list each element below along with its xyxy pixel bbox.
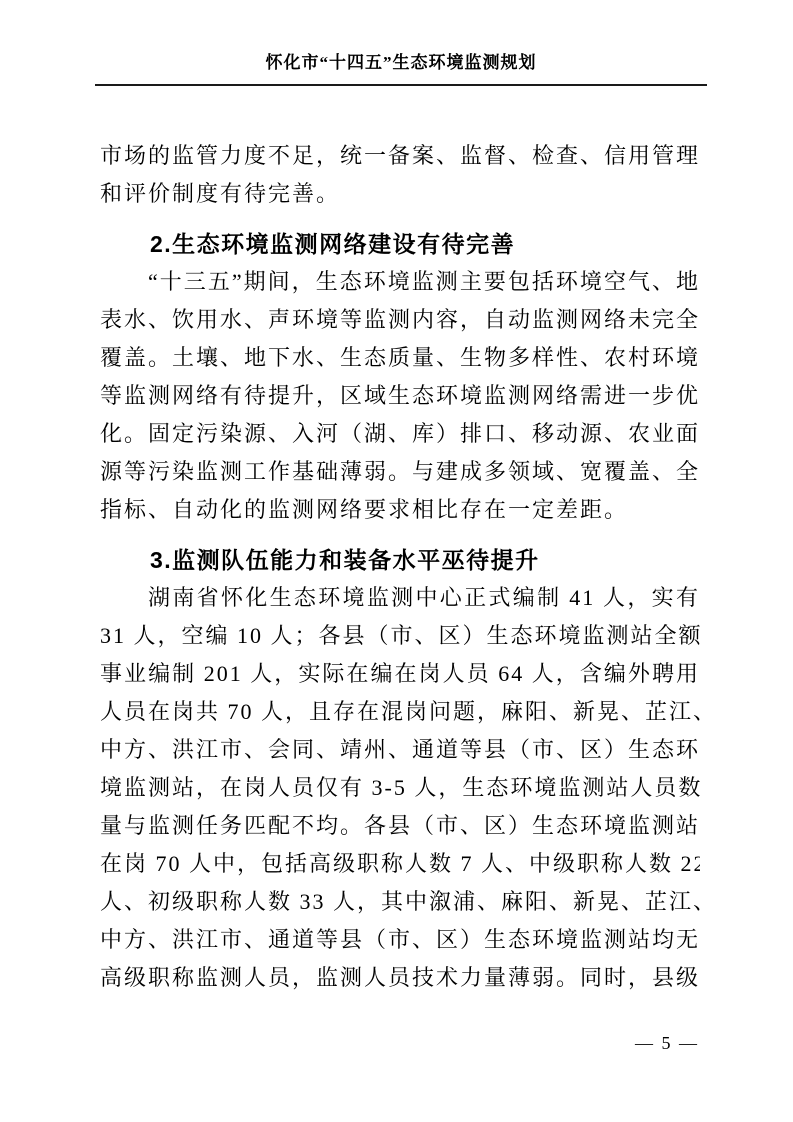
text-line: 人、初级职称人数 33 人，其中溆浦、麻阳、新晃、芷江、: [100, 883, 700, 921]
text-line: 中方、洪江市、通道等县（市、区）生态环境监测站均无: [100, 921, 700, 959]
text-line: 31 人，空编 10 人；各县（市、区）生态环境监测站全额: [100, 617, 700, 655]
section-heading: 2.生态环境监测网络建设有待完善: [100, 225, 700, 263]
page-number: — 5 —: [635, 1033, 699, 1053]
paragraph: 市场的监管力度不足，统一备案、监督、检查、信用管理和评价制度有待完善。: [100, 137, 700, 213]
text-line: “十三五”期间，生态环境监测主要包括环境空气、地: [100, 263, 700, 301]
document-body: 市场的监管力度不足，统一备案、监督、检查、信用管理和评价制度有待完善。2.生态环…: [100, 137, 700, 997]
page-header: 怀化市“十四五”生态环境监测规划: [95, 52, 707, 74]
text-line: 境监测站，在岗人员仅有 3-5 人，生态环境监测站人员数: [100, 769, 700, 807]
text-line: 表水、饮用水、声环境等监测内容，自动监测网络未完全: [100, 301, 700, 339]
header-title: 怀化市“十四五”生态环境监测规划: [95, 52, 707, 74]
text-line: 市场的监管力度不足，统一备案、监督、检查、信用管理: [100, 137, 700, 175]
text-line: 高级职称监测人员，监测人员技术力量薄弱。同时，县级: [100, 959, 700, 997]
text-line: 事业编制 201 人，实际在编在岗人员 64 人，含编外聘用: [100, 655, 700, 693]
document-page: 怀化市“十四五”生态环境监测规划 市场的监管力度不足，统一备案、监督、检查、信用…: [0, 0, 793, 1122]
text-line: 源等污染监测工作基础薄弱。与建成多领域、宽覆盖、全: [100, 453, 700, 491]
page-footer: — 5 —: [95, 1032, 707, 1054]
header-double-rule: [95, 84, 707, 86]
text-line: 覆盖。土壤、地下水、生态质量、生物多样性、农村环境: [100, 339, 700, 377]
paragraph: “十三五”期间，生态环境监测主要包括环境空气、地表水、饮用水、声环境等监测内容，…: [100, 263, 700, 529]
text-line: 和评价制度有待完善。: [100, 175, 700, 213]
text-line: 量与监测任务匹配不均。各县（市、区）生态环境监测站: [100, 807, 700, 845]
paragraph: 湖南省怀化生态环境监测中心正式编制 41 人，实有31 人，空编 10 人；各县…: [100, 579, 700, 997]
text-line: 化。固定污染源、入河（湖、库）排口、移动源、农业面: [100, 415, 700, 453]
text-line: 中方、洪江市、会同、靖州、通道等县（市、区）生态环: [100, 731, 700, 769]
section-heading: 3.监测队伍能力和装备水平巫待提升: [100, 541, 700, 579]
text-line: 指标、自动化的监测网络要求相比存在一定差距。: [100, 491, 700, 529]
text-line: 人员在岗共 70 人，且存在混岗问题，麻阳、新晃、芷江、: [100, 693, 700, 731]
text-line: 等监测网络有待提升，区域生态环境监测网络需进一步优: [100, 377, 700, 415]
text-line: 在岗 70 人中，包括高级职称人数 7 人、中级职称人数 22: [100, 845, 700, 883]
text-line: 湖南省怀化生态环境监测中心正式编制 41 人，实有: [100, 579, 700, 617]
